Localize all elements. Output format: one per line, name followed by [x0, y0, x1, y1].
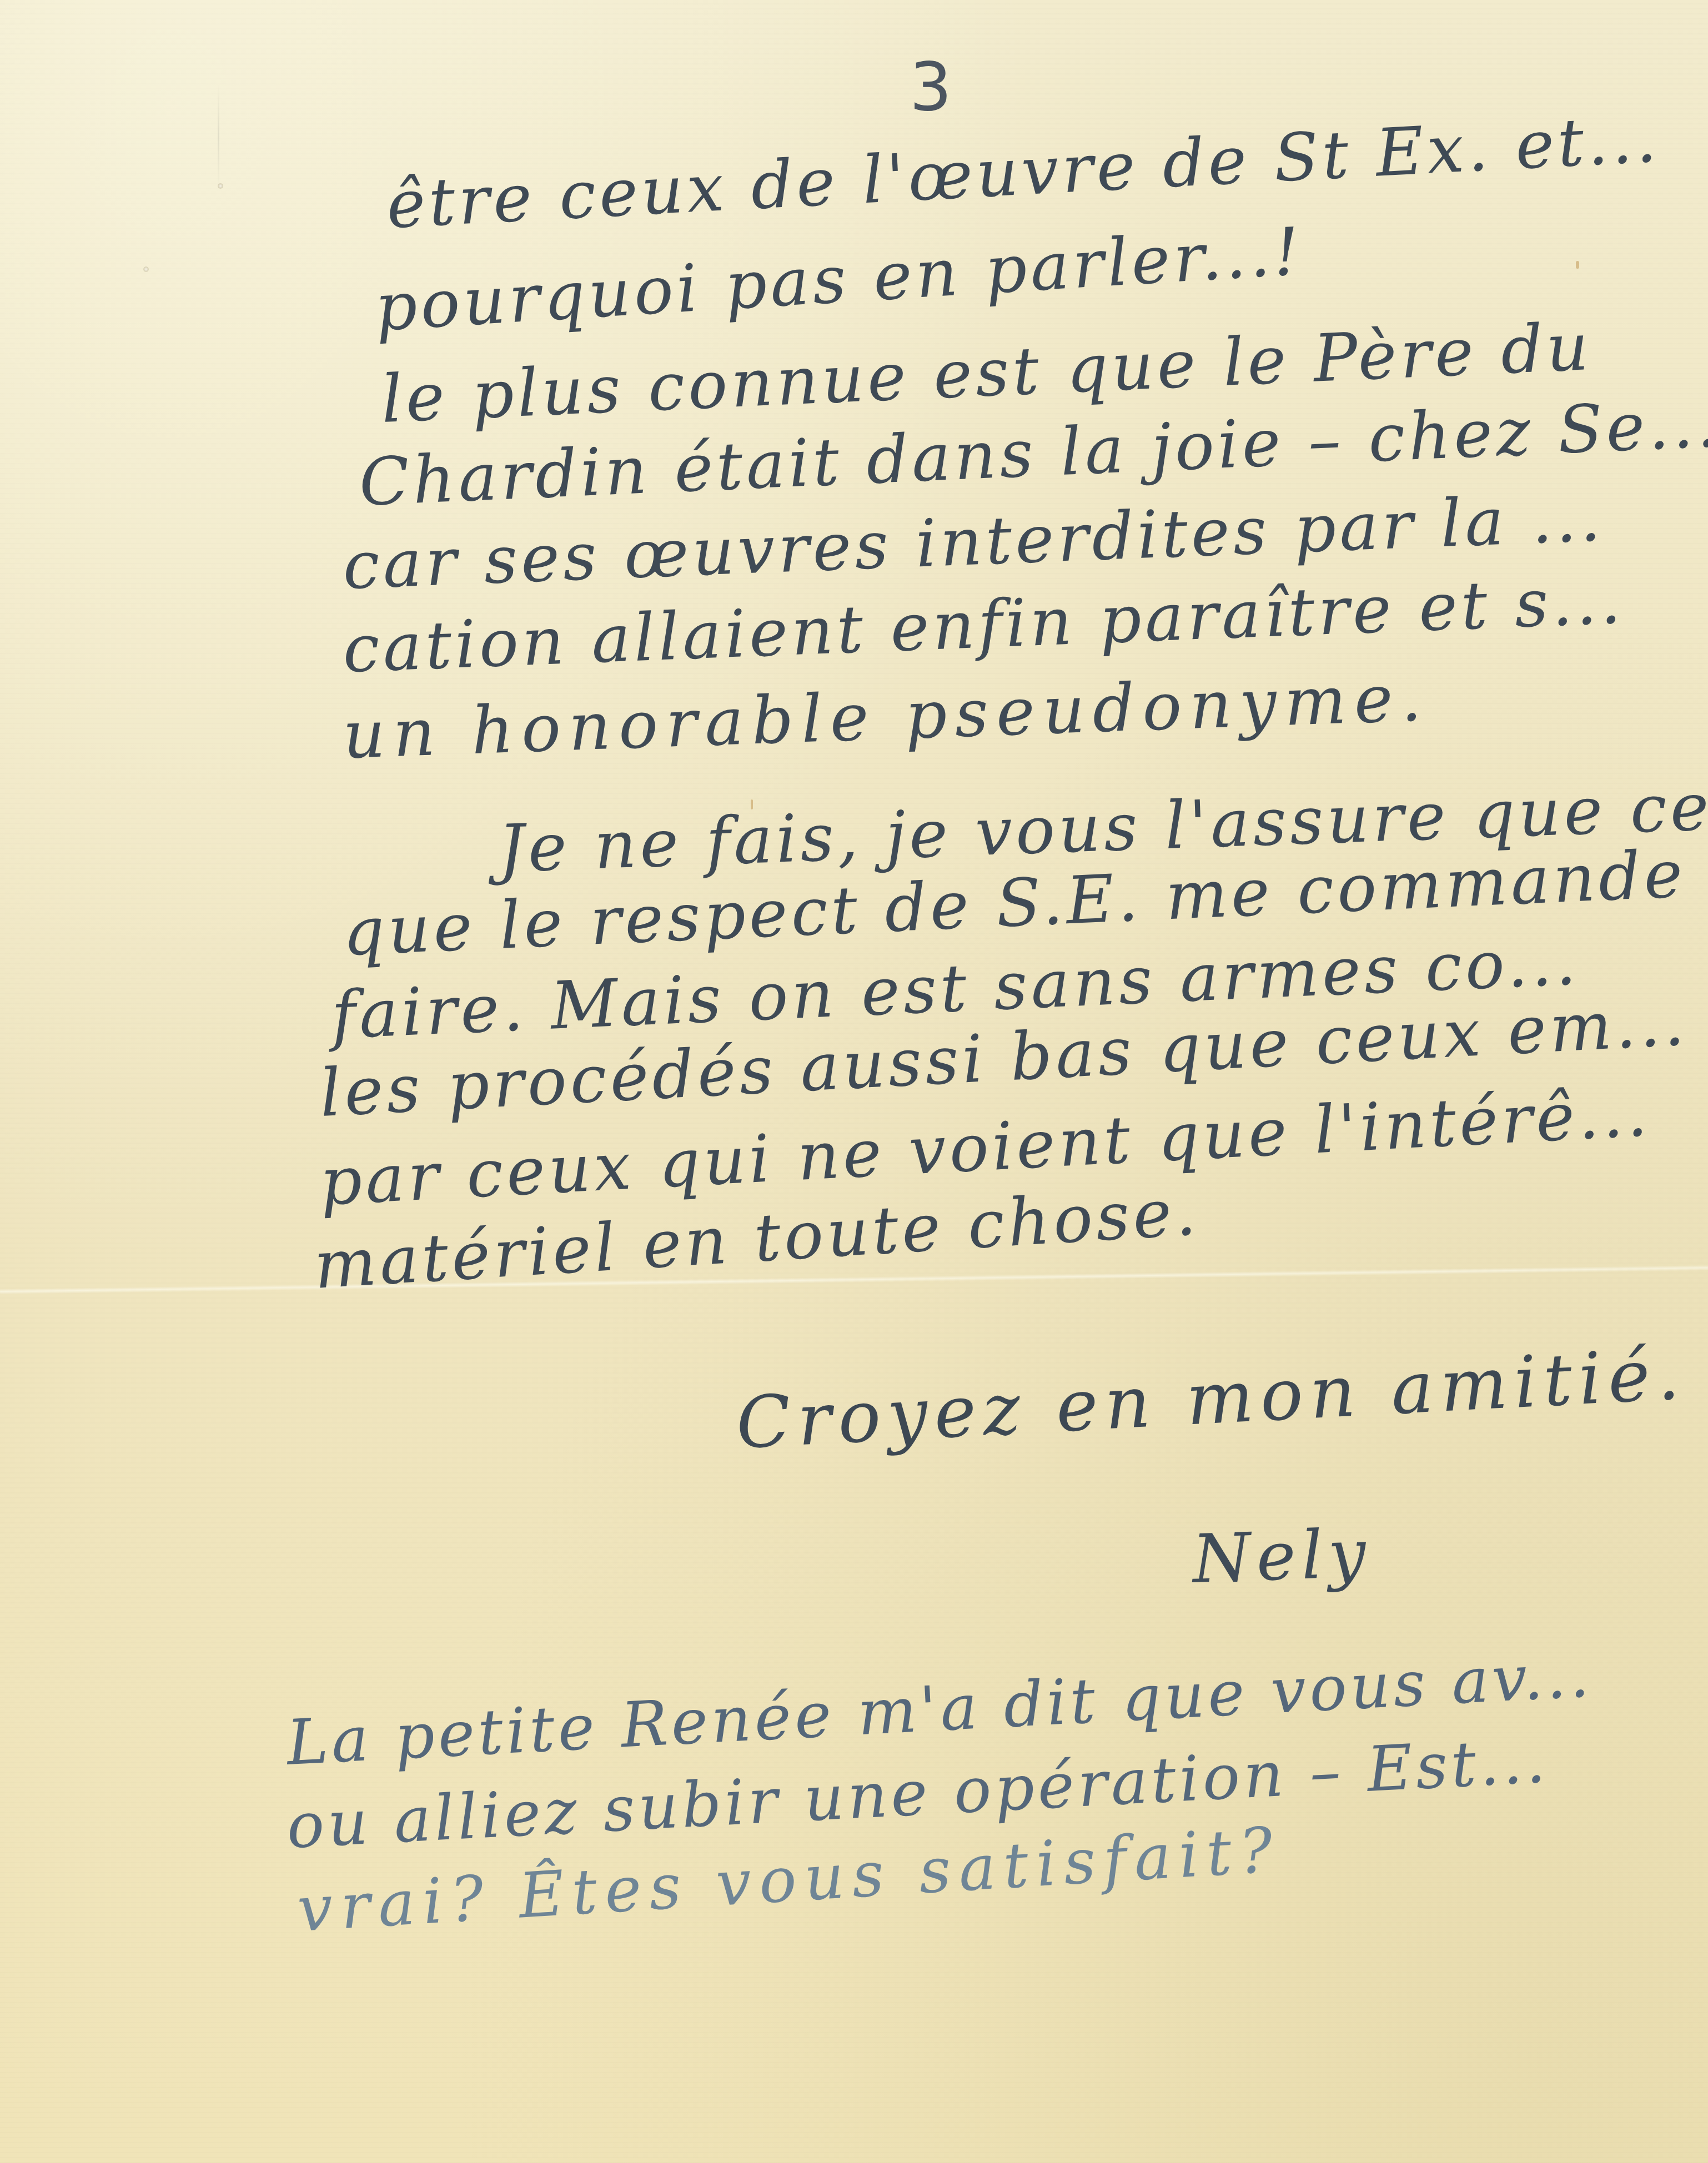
paper-crease [218, 83, 219, 189]
pin-hole-mark [143, 266, 149, 272]
closing-salutation: Croyez en mon amitié. [734, 1333, 1688, 1465]
letter-page: 3 être ceux de l'œuvre de St Ex. et... p… [0, 0, 1708, 2163]
signature: Nely [1191, 1515, 1373, 1598]
paper-stain [1576, 261, 1579, 269]
letter-line: être ceux de l'œuvre de St Ex. et... [385, 100, 1661, 243]
page-number: 3 [910, 49, 955, 126]
